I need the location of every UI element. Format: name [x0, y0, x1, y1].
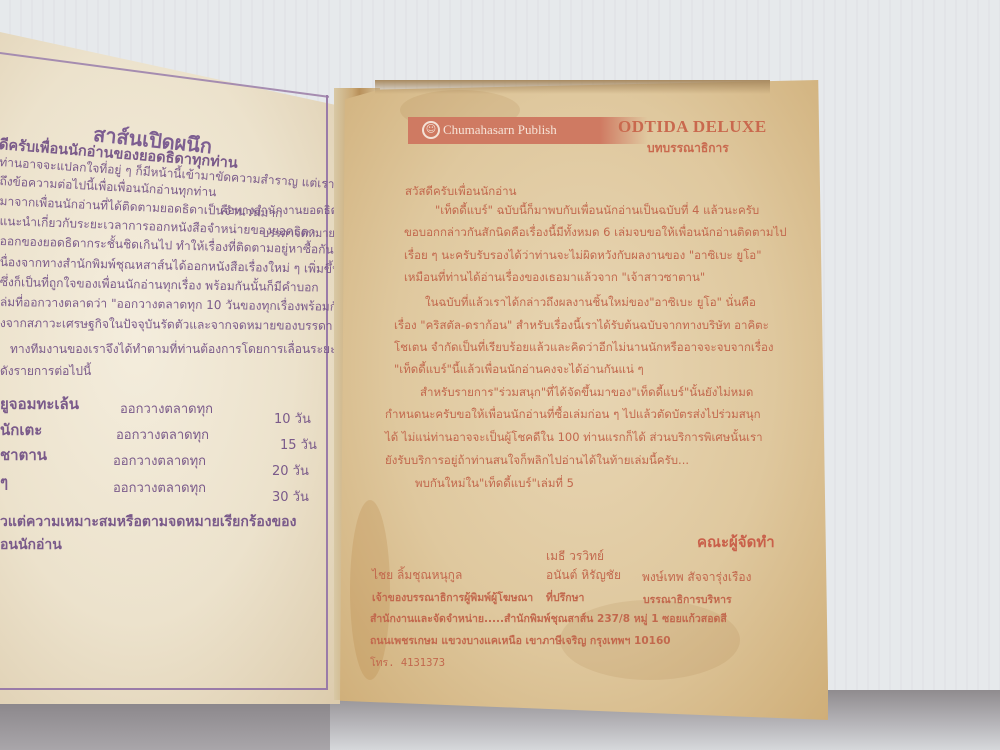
editorial-line: โชเตน จำกัดเป็นที่เรียบร้อยแล้วและคิดว่า… [394, 339, 774, 357]
staff-name: ไชย ลิ้มชุณหนุกูล [372, 566, 462, 585]
schedule-title: ชาตาน [0, 443, 47, 467]
editorial-line: ได้ ไม่แน่ท่านอาจจะเป็นผู้โชคดีใน 100 ท่… [385, 429, 763, 447]
schedule-days: 15 วัน [280, 434, 317, 455]
left-page-line: ทางทีมงานของเราจึงได้ทำตามที่ท่านต้องการ… [10, 340, 337, 359]
schedule-label: ออกวางตลาดทุก [120, 398, 213, 419]
left-page-line: ดังรายการต่อไปนี้ [0, 362, 91, 381]
editorial-line: "เท็ดดี้แบร์"นี้แล้วเพื่อนนักอ่านคงจะได้… [394, 361, 644, 379]
editorial-line: ในฉบับที่แล้วเราได้กล่าวถึงผลงานชิ้นใหม่… [425, 294, 756, 312]
address-line: ถนนเพชรเกษม แขวงบางแคเหนือ เขาภาษีเจริญ … [370, 632, 671, 649]
schedule-title: ๆ [0, 470, 8, 494]
staff-name: เมธี วรวิทย์ [546, 547, 604, 566]
magazine-subtitle: บทบรรณาธิการ [647, 139, 729, 158]
staff-role: บรรณาธิการบริหาร [643, 591, 732, 608]
address-line: สำนักงานและจัดจำหน่าย.....สำนักพิมพ์ชุณส… [370, 610, 727, 627]
schedule-label: ออกวางตลาดทุก [116, 424, 209, 445]
left-page-frame-bottom [0, 688, 328, 690]
schedule-title: ยูจอมทะเล้น [0, 392, 79, 416]
left-page-aside: คือทางสำนักงานยอดธิดา [220, 202, 345, 220]
schedule-label: ออกวางตลาดทุก [113, 477, 206, 498]
publisher-logo-icon: ☺ [422, 121, 440, 139]
staff-role: ที่ปรึกษา [546, 589, 584, 606]
left-page-closing: ื่อนนักอ่าน [0, 534, 62, 556]
phone-number: โทร. 4131373 [370, 654, 445, 671]
staff-name: พงษ์เทพ สัจจารุ่งเรือง [642, 568, 751, 587]
editorial-line: กำหนดนะครับขอให้เพื่อนนักอ่านที่ซื้อเล่ม… [385, 406, 761, 424]
editorial-signoff: พบกันใหม่ใน"เท็ดดี้แบร์"เล่มที่ 5 [415, 475, 574, 493]
editorial-line: ขอบอกกล่าวกันสักนิดคือเรื่องนี้มีทั้งหมด… [404, 224, 787, 242]
schedule-title: นักเตะ [0, 418, 42, 442]
left-page-closing: วแต่ความเหมาะสมหรือตามจดหมายเรียกร้องของ [0, 511, 296, 533]
schedule-days: 20 วัน [272, 460, 309, 481]
staff-heading: คณะผู้จัดทำ [697, 530, 775, 554]
staff-role: เจ้าของบรรณาธิการผู้พิมพ์ผู้โฆษณา [372, 589, 533, 606]
editorial-greeting: สวัสดีครับเพื่อนนักอ่าน [405, 183, 516, 201]
schedule-days: 30 วัน [272, 486, 309, 507]
editorial-line: "เท็ดดี้แบร์" ฉบับนี้ก็มาพบกับเพื่อนนักอ… [435, 202, 759, 220]
editorial-line: เรื่อง "คริสตัล-ดราก้อน" สำหรับเรื่องนี้… [394, 317, 769, 335]
editorial-line: สำหรับรายการ"ร่วมสนุก"ที่ได้จัดขึ้นมาของ… [420, 384, 753, 402]
editorial-line: ยังรับบริการอยู่ถ้าท่านสนใจก็พลิกไปอ่านไ… [385, 452, 689, 470]
editorial-line: เรื่อย ๆ นะครับรับรองได้ว่าท่านจะไม่ผิดห… [404, 247, 761, 265]
magazine-title: ODTIDA DELUXE [618, 117, 767, 137]
staff-name: อนันต์ หิรัญชัย [546, 566, 621, 585]
schedule-days: 10 วัน [274, 408, 311, 429]
editorial-line: เหมือนที่ท่านได้อ่านเรื่องของเธอมาแล้วจา… [404, 269, 705, 287]
schedule-label: ออกวางตลาดทุก [113, 450, 206, 471]
left-page-line: งจากสภาวะเศรษฐกิจในปัจจุบันรัดตัวและจากจ… [0, 314, 333, 336]
publisher-name: Chumahasarn Publish [443, 122, 557, 138]
